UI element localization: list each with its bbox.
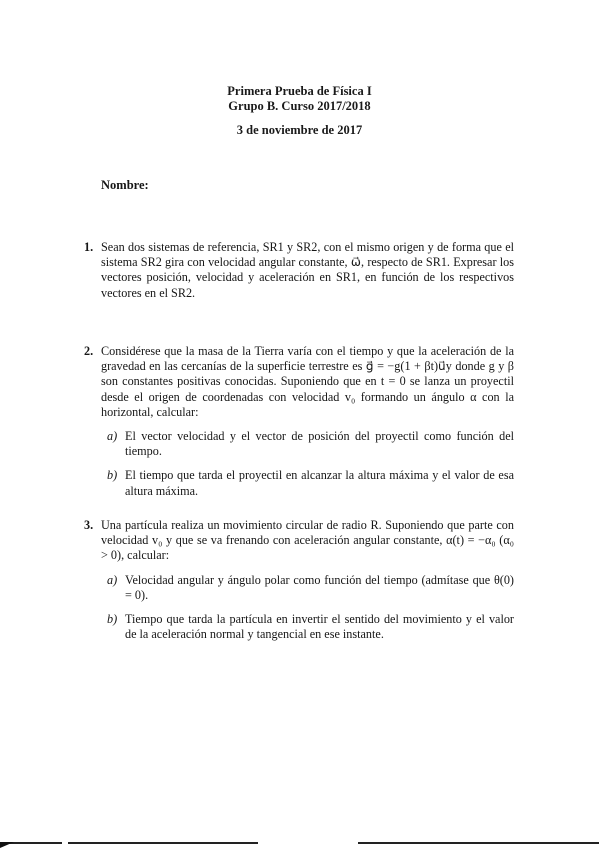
- exam-group-course: Grupo B. Curso 2017/2018: [0, 99, 599, 114]
- name-field-label: Nombre:: [101, 178, 149, 193]
- problem-3-part-b: b) Tiempo que tarda la partícula en inve…: [101, 612, 514, 642]
- problem-text: Sean dos sistemas de referencia, SR1 y S…: [101, 240, 514, 301]
- exam-page: Primera Prueba de Física I Grupo B. Curs…: [0, 0, 599, 848]
- part-text: Velocidad angular y ángulo polar como fu…: [125, 573, 514, 603]
- part-label: b): [107, 468, 117, 483]
- problem-2: 2. Considérese que la masa de la Tierra …: [84, 344, 514, 499]
- problem-text: Considérese que la masa de la Tierra var…: [101, 344, 514, 420]
- problem-3: 3. Una partícula realiza un movimiento c…: [84, 518, 514, 642]
- problem-1: 1. Sean dos sistemas de referencia, SR1 …: [84, 240, 514, 301]
- part-label: a): [107, 573, 117, 588]
- problem-number: 3.: [84, 518, 93, 533]
- part-text: El vector velocidad y el vector de posic…: [125, 429, 514, 459]
- part-text: El tiempo que tarda el proyectil en alca…: [125, 468, 514, 498]
- part-label: b): [107, 612, 117, 627]
- edge-gap: [62, 842, 68, 844]
- part-label: a): [107, 429, 117, 444]
- exam-date: 3 de noviembre de 2017: [0, 123, 599, 138]
- problem-2-part-a: a) El vector velocidad y el vector de po…: [101, 429, 514, 459]
- part-text: Tiempo que tarda la partícula en inverti…: [125, 612, 514, 642]
- exam-title: Primera Prueba de Física I: [0, 84, 599, 99]
- problem-number: 2.: [84, 344, 93, 359]
- problem-number: 1.: [84, 240, 93, 255]
- problem-3-part-a: a) Velocidad angular y ángulo polar como…: [101, 573, 514, 603]
- scan-bottom-edge: [0, 842, 599, 844]
- edge-gap: [258, 842, 358, 844]
- problem-2-part-b: b) El tiempo que tarda el proyectil en a…: [101, 468, 514, 498]
- problem-text: Una partícula realiza un movimiento circ…: [101, 518, 514, 564]
